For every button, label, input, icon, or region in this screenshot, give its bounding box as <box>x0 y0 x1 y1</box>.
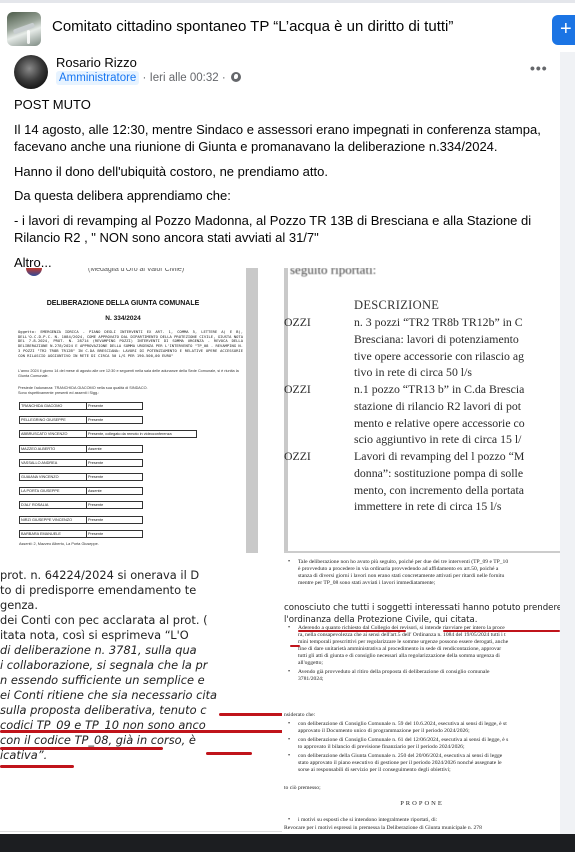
photo-deliberation-cover[interactable]: (Medaglia d'Oro al Valor Civile) DELIBER… <box>0 268 282 553</box>
separator: · <box>222 72 226 84</box>
doc-heading-fragment: seguito riportati: <box>290 268 376 278</box>
author-avatar[interactable] <box>14 55 48 89</box>
propone-heading: PROPONE <box>284 800 560 807</box>
municipal-crest-icon <box>26 268 42 276</box>
member-name: MAZZEO ALBERTO <box>19 445 86 453</box>
intervention-type: OZZI <box>284 314 344 331</box>
photo-grid: (Medaglia d'Oro al Valor Civile) DELIBER… <box>0 268 560 852</box>
member-name: BARBARA EMANUELE <box>19 530 86 538</box>
note-line: icativa”. <box>0 748 282 763</box>
doc-column-header: DESCRIZIONE <box>354 298 439 313</box>
attendance-row: D'ALI' ROSALIAPresente <box>19 501 197 509</box>
doc-meeting: L'anno 2024 il giorno 14 del mese di ago… <box>18 369 243 379</box>
note-line: itata nota, così si esprimeva “L'O <box>0 628 282 643</box>
role-badge[interactable]: Amministratore <box>56 71 139 85</box>
photo-corte-dei-conti-note[interactable]: prot. n. 64224/2024 si onerava il Dto di… <box>0 555 282 833</box>
attendance-row: BARBARA EMANUELEPresente <box>19 530 197 538</box>
red-underline <box>219 713 282 716</box>
attendance-table: TRANCHIDA GIACOMOPresentePELLEGRINO GIUS… <box>19 402 197 544</box>
member-status: Presente <box>86 501 143 509</box>
more-options-button[interactable]: ••• <box>530 60 548 76</box>
note-line: prot. n. 64224/2024 si onerava il D <box>0 568 282 583</box>
note-line: n essendo sufficiente un semplice e <box>0 673 282 688</box>
doc-title: DELIBERAZIONE DELLA GIUNTA COMUNALE <box>0 300 246 307</box>
divider <box>0 831 282 832</box>
intervention-type: OZZI <box>284 448 344 465</box>
note-line: ei Conti ritiene che sia necessario cita <box>0 688 282 703</box>
bullet-item: Tale deliberazione non ho avuto più segu… <box>298 559 508 587</box>
member-name: GUAIANA VINCENZO <box>19 473 86 481</box>
post-paragraph: POST MUTO <box>14 96 554 114</box>
author-name[interactable]: Rosario Rizzo <box>56 55 137 70</box>
member-status: Presente <box>86 416 143 424</box>
attendance-row: PELLEGRINO GIUSEPPEPresente <box>19 416 197 424</box>
attendance-row: NIRZI GIUSEPPE VINCENZOPresente <box>19 516 197 524</box>
note-line: con il codice TP_08, già in corso, è <box>0 733 282 748</box>
red-underline <box>206 752 252 755</box>
note-text: prot. n. 64224/2024 si onerava il Dto di… <box>0 568 282 763</box>
member-name: PELLEGRINO GIUSEPPE <box>19 416 86 424</box>
doc-president: Presiede l'adunanza: TRANCHIDA GIACOMO n… <box>18 386 243 396</box>
intervention-type: OZZI <box>284 381 344 398</box>
text-block: conosciuto che tutti i soggetti interess… <box>284 602 560 626</box>
note-line: to di predisporre emendamento te <box>0 583 282 598</box>
attendance-row: VASSALLO ANDREAPresente <box>19 459 197 467</box>
red-underline <box>290 645 300 647</box>
group-header: Comitato cittadino spontaneo TP “L’acqua… <box>0 0 575 52</box>
member-status: Presente <box>86 459 143 467</box>
intervention-description: Lavori di revamping del l pozzo “Mdonna”… <box>354 448 560 515</box>
attendance-row: ABBRUSCATO VINCENZOPresente, collegato d… <box>19 430 197 438</box>
divider <box>284 551 560 553</box>
attendance-row: LA PORTA GIUSEPPEAssente <box>19 487 197 495</box>
text-block: to ciò premesso; <box>284 785 321 792</box>
intervention-description: n. 3 pozzi “TR2 TR8b TR12b” in CBrescian… <box>354 314 560 381</box>
photo-interventions-table[interactable]: seguito riportati: DESCRIZIONE OZZIn. 3 … <box>284 268 560 553</box>
bullet-item: i motivi su esposti che si intendono int… <box>298 817 437 824</box>
member-status: Assente <box>86 487 143 495</box>
doc-medal-caption: (Medaglia d'Oro al Valor Civile) <box>88 268 184 273</box>
member-status: Presente <box>86 473 143 481</box>
intervention-description: n.1 pozzo “TR13 b” in C.da Bresciastazio… <box>354 381 560 448</box>
bottom-overlay-bar <box>0 834 575 852</box>
note-line: dei Conti con pec acclarata al prot. ( <box>0 613 282 628</box>
join-group-button[interactable]: + <box>552 15 575 45</box>
doc-page-gutter <box>284 268 288 553</box>
red-underline <box>0 730 282 733</box>
red-underline <box>443 630 560 632</box>
separator: · <box>143 72 147 84</box>
post-paragraph: Hanno il dono dell'ubiquità costoro, ne … <box>14 163 554 181</box>
member-status: Presente <box>86 516 143 524</box>
post-timestamp[interactable]: Ieri alle 00:32 <box>150 72 219 84</box>
photo-proposal-page[interactable]: Tale deliberazione non ho avuto più segu… <box>284 555 560 833</box>
doc-object: Oggetto: EMERGENZA IDRICA - PIANO DEGLI … <box>18 330 243 358</box>
attendance-row: MAZZEO ALBERTOAssente <box>19 445 197 453</box>
attendance-row: GUAIANA VINCENZOPresente <box>19 473 197 481</box>
group-title[interactable]: Comitato cittadino spontaneo TP “L’acqua… <box>52 18 453 35</box>
bullet-item: Avendo già provveduto al ritiro della pr… <box>298 669 489 683</box>
member-name: D'ALI' ROSALIA <box>19 501 86 509</box>
globe-icon <box>231 72 241 82</box>
note-line: i collaborazione, si segnala che la pr <box>0 658 282 673</box>
member-name: LA PORTA GIUSEPPE <box>19 487 86 495</box>
post-meta: Amministratore · Ieri alle 00:32 · <box>56 72 241 84</box>
doc-absent-summary: Assenti: 2, Mazzeo Alberto, La Porta Giu… <box>19 542 99 546</box>
red-underline <box>0 747 163 750</box>
member-name: ABBRUSCATO VINCENZO <box>19 430 86 438</box>
member-status: Assente <box>86 445 143 453</box>
member-status: Presente <box>86 402 143 410</box>
bullet-item: con deliberazione di Consiglio Comunale … <box>298 721 507 735</box>
post-paragraph: Da questa delibera apprendiamo che: <box>14 187 554 205</box>
red-underline <box>0 765 74 768</box>
text-block: Revocare per i motivi espressi in premes… <box>284 825 482 832</box>
attendance-row: TRANCHIDA GIACOMOPresente <box>19 402 197 410</box>
member-name: NIRZI GIUSEPPE VINCENZO <box>19 516 86 524</box>
post-paragraph: - i lavori di revamping al Pozzo Madonna… <box>14 212 554 247</box>
bullet-item: con deliberazione di Consiglio Comunale … <box>298 737 508 751</box>
note-line: di deliberazione n. 3781, sulla qua <box>0 643 282 658</box>
member-status: Presente, collegato da remoto in videoco… <box>86 430 197 438</box>
doc-number: N. 334/2024 <box>0 315 246 322</box>
text-block: nsiderato che: <box>284 712 315 719</box>
doc-present-intro: Sono rispettivamente presenti ed assenti… <box>18 391 243 396</box>
post-paragraph: Il 14 agosto, alle 12:30, mentre Sindaco… <box>14 121 554 156</box>
member-name: TRANCHIDA GIACOMO <box>19 402 86 410</box>
doc-page-gutter <box>246 268 258 553</box>
post-text: POST MUTO Il 14 agosto, alle 12:30, ment… <box>14 96 554 278</box>
member-status: Presente <box>86 530 143 538</box>
note-line: genza. <box>0 598 282 613</box>
bullet-item: con deliberazione della Giunta Comunale … <box>298 753 502 774</box>
scrollbar[interactable] <box>560 52 575 852</box>
group-cover-image[interactable] <box>7 12 41 46</box>
member-name: VASSALLO ANDREA <box>19 459 86 467</box>
red-underline <box>298 630 406 632</box>
